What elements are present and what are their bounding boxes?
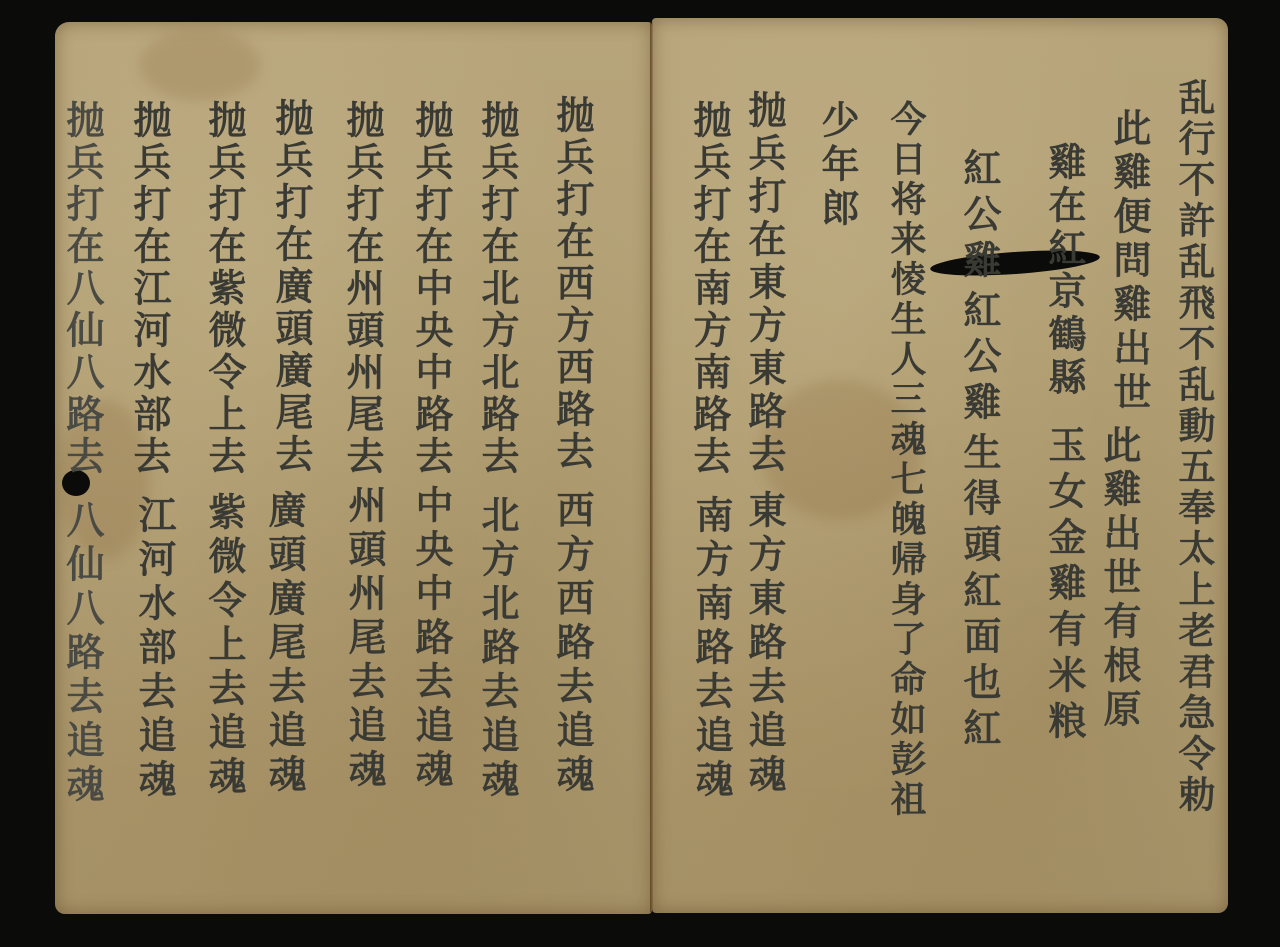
manuscript-spread: 乱行不許乱飛不乱動五奉太上老君急令勅 此雞便問雞出世 此雞出世有根原 雞在紅京鶴…	[0, 0, 1280, 947]
text-column: 中央中路去追魂	[412, 485, 450, 793]
text-column: 抛兵打在州頭州尾去	[343, 100, 381, 478]
text-column: 今日将来㥄生人三魂七魄帰身了命如彭祖	[888, 100, 924, 820]
text-column: 州頭州尾去追魂	[345, 485, 383, 793]
text-column: 抛兵打在廣頭廣尾去	[272, 98, 310, 476]
text-column: 生得頭紅面也紅	[960, 432, 998, 754]
text-column: 抛兵打在西方西路去	[553, 95, 591, 473]
text-column: 抛兵打在江河水部去	[130, 100, 168, 478]
text-column: 此雞出世有根原	[1100, 425, 1138, 733]
text-column: 南方南路去追魂	[692, 495, 730, 803]
text-column: 紅公雞	[960, 290, 998, 428]
text-column: 八仙八路去追魂	[63, 500, 101, 808]
text-column: 少年郎	[818, 100, 856, 232]
text-column: 紫微令上去追魂	[205, 492, 243, 800]
text-column: 抛兵打在八仙八路去	[63, 100, 101, 478]
text-column: 東方東路去追魂	[745, 490, 783, 798]
text-column: 玉女金雞有米粮	[1045, 425, 1083, 747]
text-column: 北方北路去追魂	[478, 495, 516, 803]
text-column: 抛兵打在南方南路去	[690, 100, 728, 478]
text-column: 此雞便問雞出世	[1110, 108, 1148, 416]
text-column: 江河水部去追魂	[135, 495, 173, 803]
text-column: 西方西路去追魂	[553, 490, 591, 798]
text-column: 抛兵打在紫微令上去	[205, 100, 243, 478]
water-stain	[140, 30, 260, 100]
text-column: 雞在紅京鶴縣	[1045, 142, 1083, 400]
book-spine	[650, 22, 653, 912]
text-column: 廣頭廣尾去追魂	[265, 490, 303, 798]
text-column: 抛兵打在東方東路去	[745, 90, 783, 477]
text-column: 抛兵打在北方北路去	[478, 100, 516, 478]
text-column: 乱行不許乱飛不乱動五奉太上老君急令勅	[1175, 78, 1212, 816]
text-column: 抛兵打在中央中路去	[412, 100, 450, 478]
text-column: 紅公雞	[960, 148, 998, 286]
